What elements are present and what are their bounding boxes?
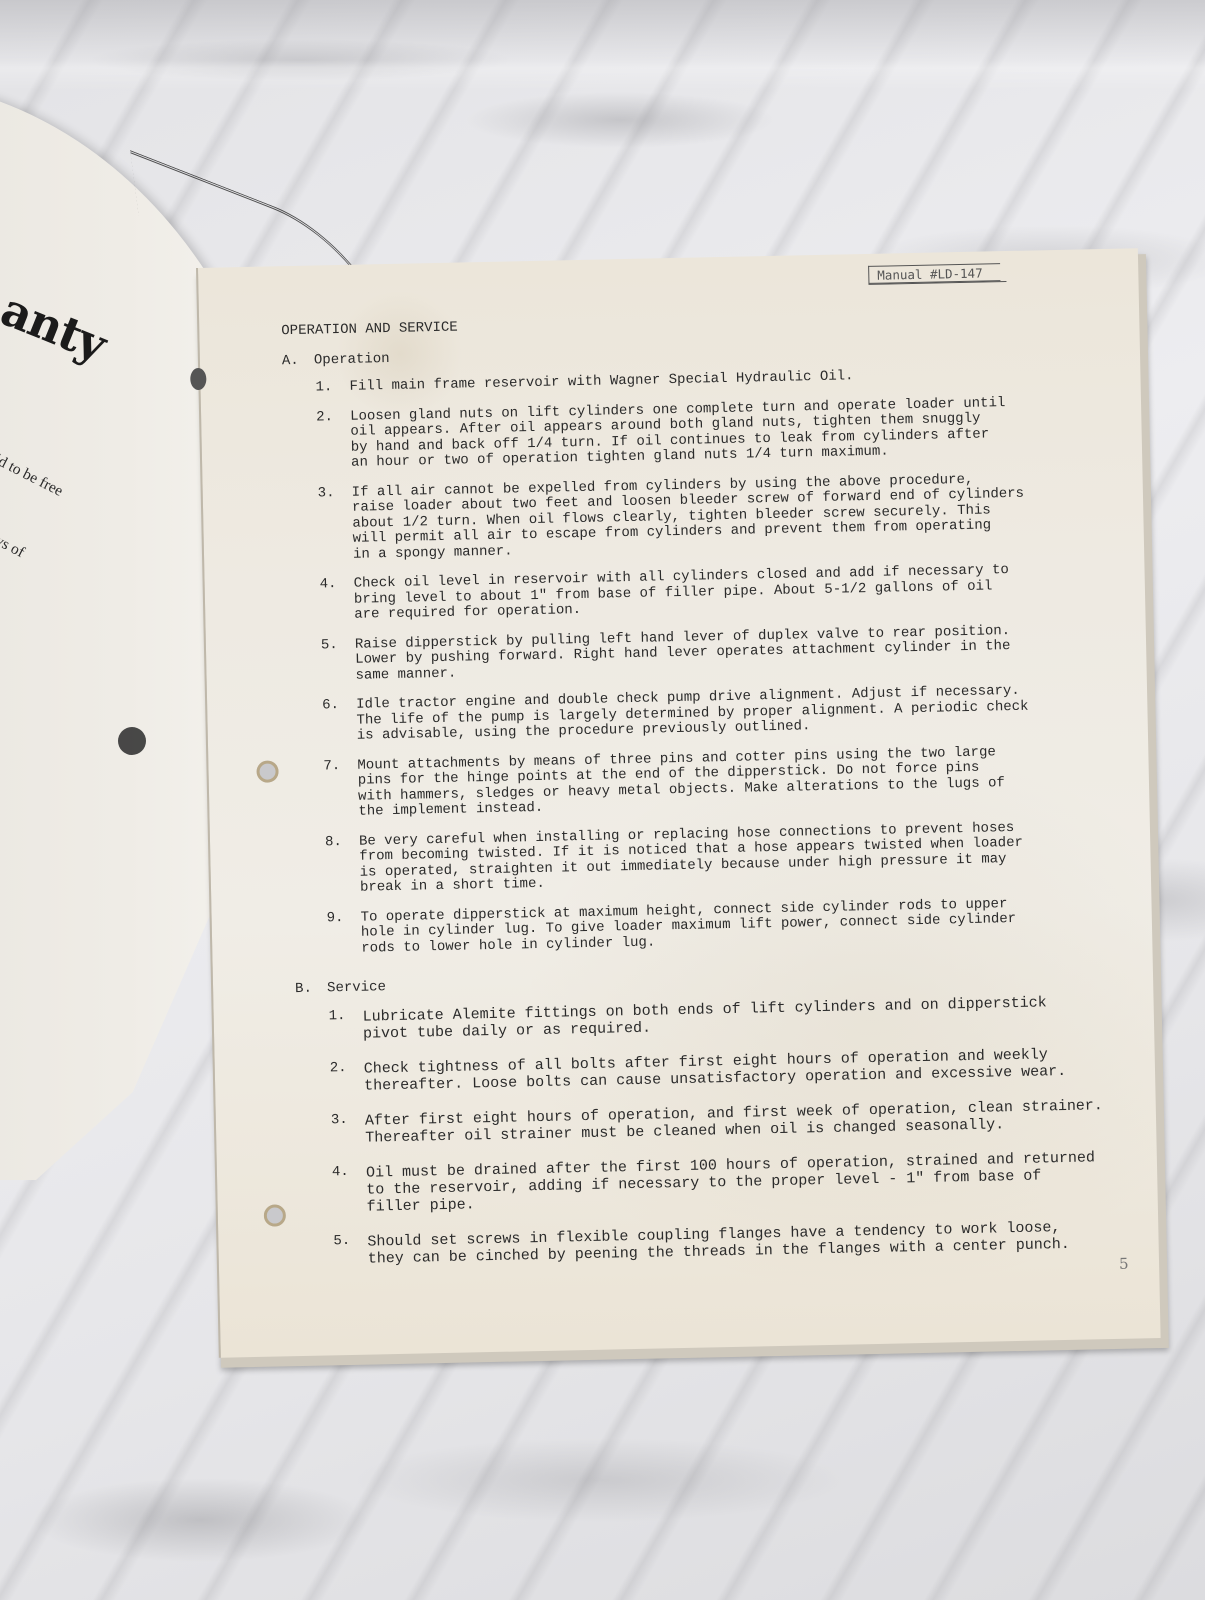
section-service: B. Service 1.Lubricate Alemite fittings …	[295, 965, 1131, 1269]
item-number: 4.	[287, 577, 355, 625]
item-text: Lubricate Alemite fittings on both ends …	[363, 992, 1127, 1042]
item-number: 5.	[288, 637, 356, 685]
punch-hole	[264, 1204, 286, 1226]
item-number: 1.	[296, 1008, 364, 1043]
item-text: Loosen gland nuts on lift cylinders one …	[350, 393, 1114, 471]
punch-hole	[256, 760, 278, 782]
list-item: 6.Idle tractor engine and double check p…	[289, 682, 1120, 746]
list-item: 2.Check tightness of all bolts after fir…	[297, 1044, 1128, 1095]
document-title: OPERATION AND SERVICE	[281, 307, 1111, 340]
item-number: 2.	[283, 409, 351, 472]
item-text: Raise dipperstick by pulling left hand l…	[355, 621, 1119, 683]
section-heading: A. Operation	[282, 336, 1112, 369]
list-item: 1.Fill main frame reservoir with Wagner …	[282, 364, 1112, 397]
item-text: Idle tractor engine and double check pum…	[356, 682, 1120, 744]
list-item: 5.Raise dipperstick by pulling left hand…	[288, 621, 1119, 685]
list-item: 3.After first eight hours of operation, …	[298, 1096, 1129, 1147]
section-letter: A.	[282, 353, 314, 369]
item-text: Should set screws in flexible coupling f…	[367, 1217, 1131, 1267]
list-item: 4.Oil must be drained after the first 10…	[299, 1148, 1130, 1216]
punch-hole	[190, 368, 206, 390]
item-number: 8.	[292, 834, 360, 897]
item-number: 1.	[282, 380, 349, 397]
item-number: 9.	[293, 910, 361, 958]
section-operation: A. Operation 1.Fill main frame reservoir…	[282, 336, 1124, 958]
page-number: 5	[1119, 1255, 1129, 1273]
list-item: 2.Loosen gland nuts on lift cylinders on…	[283, 393, 1114, 472]
item-number: 2.	[297, 1060, 365, 1095]
item-text: Check oil level in reservoir with all cy…	[354, 561, 1118, 623]
typed-content: OPERATION AND SERVICE A. Operation 1.Fil…	[281, 307, 1131, 1291]
section-heading: B. Service	[295, 965, 1125, 998]
manual-page-stack: Manual #LD-147 OPERATION AND SERVICE A. …	[196, 248, 1169, 1368]
item-number: 4.	[299, 1164, 367, 1216]
item-text: If all air cannot be expelled from cylin…	[352, 469, 1116, 562]
list-item: 9.To operate dipperstick at maximum heig…	[293, 894, 1124, 958]
list-item: 1.Lubricate Alemite fittings on both end…	[296, 992, 1127, 1043]
list-item: 8.Be very careful when installing or rep…	[292, 818, 1123, 897]
item-number: 3.	[285, 485, 354, 564]
item-text: Mount attachments by means of three pins…	[357, 742, 1121, 820]
item-number: 6.	[289, 698, 357, 746]
list-item: 7.Mount attachments by means of three pi…	[290, 742, 1121, 821]
item-text: Be very careful when installing or repla…	[359, 818, 1123, 896]
list-item: 3.If all air cannot be expelled from cyl…	[285, 469, 1116, 564]
section-title: Operation	[314, 351, 390, 368]
item-text: Fill main frame reservoir with Wagner Sp…	[349, 364, 1112, 395]
manual-page: Manual #LD-147 OPERATION AND SERVICE A. …	[196, 248, 1161, 1357]
item-text: Oil must be drained after the first 100 …	[366, 1148, 1130, 1215]
service-list: 1.Lubricate Alemite fittings on both end…	[296, 992, 1131, 1268]
item-number: 3.	[298, 1112, 366, 1147]
item-text: After first eight hours of operation, an…	[365, 1096, 1129, 1146]
list-item: 5.Should set screws in flexible coupling…	[300, 1217, 1131, 1268]
item-number: 5.	[300, 1233, 368, 1268]
item-number: 7.	[290, 758, 358, 821]
operation-list: 1.Fill main frame reservoir with Wagner …	[282, 364, 1124, 958]
list-item: 4.Check oil level in reservoir with all …	[287, 561, 1118, 625]
warranty-line: er sold to be free	[0, 435, 67, 504]
section-letter: B.	[295, 981, 327, 997]
section-title: Service	[327, 980, 386, 997]
item-text: Check tightness of all bolts after first…	[364, 1044, 1128, 1094]
punch-hole	[118, 727, 146, 755]
item-text: To operate dipperstick at maximum height…	[360, 894, 1124, 956]
